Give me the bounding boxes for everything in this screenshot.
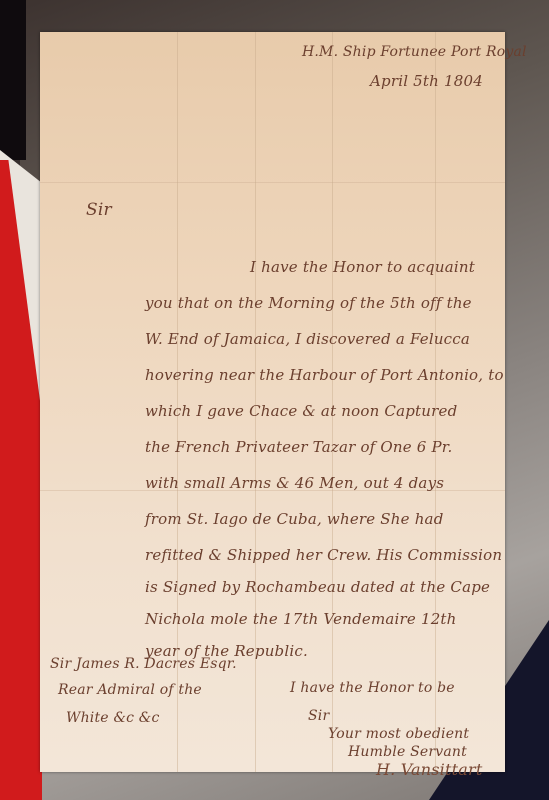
- body-line: from St. Iago de Cuba, where She had: [145, 510, 444, 528]
- closing-line: Sir: [308, 708, 329, 724]
- body-line: refitted & Shipped her Crew. His Commiss…: [145, 546, 502, 564]
- body-line: you that on the Morning of the 5th off t…: [145, 294, 472, 312]
- body-line: hovering near the Harbour of Port Antoni…: [145, 366, 504, 384]
- background-black-corner: [0, 0, 26, 160]
- addressee-line: Sir James R. Dacres Esqr.: [50, 656, 237, 672]
- body-line: I have the Honor to acquaint: [250, 258, 475, 276]
- letter-salutation: Sir: [86, 200, 112, 220]
- body-line: is Signed by Rochambeau dated at the Cap…: [145, 578, 490, 596]
- addressee-line: Rear Admiral of the: [58, 682, 202, 698]
- body-line: with small Arms & 46 Men, out 4 days: [145, 474, 444, 492]
- letter-heading-date: April 5th 1804: [370, 72, 483, 90]
- body-line: which I gave Chace & at noon Captured: [145, 402, 457, 420]
- letter-sheet: H.M. Ship Fortunee Port Royal April 5th …: [40, 32, 505, 772]
- fold-line: [40, 182, 505, 183]
- body-line: the French Privateer Tazar of One 6 Pr.: [145, 438, 453, 456]
- addressee-line: White &c &c: [66, 710, 160, 726]
- body-line: W. End of Jamaica, I discovered a Felucc…: [145, 330, 470, 348]
- letter-heading-location: H.M. Ship Fortunee Port Royal: [302, 44, 527, 60]
- body-line: Nichola mole the 17th Vendemaire 12th: [145, 610, 457, 628]
- closing-line: I have the Honor to be: [290, 680, 455, 696]
- closing-line: Humble Servant: [348, 744, 467, 760]
- signature: H. Vansittart: [376, 760, 482, 779]
- closing-line: Your most obedient: [328, 726, 469, 742]
